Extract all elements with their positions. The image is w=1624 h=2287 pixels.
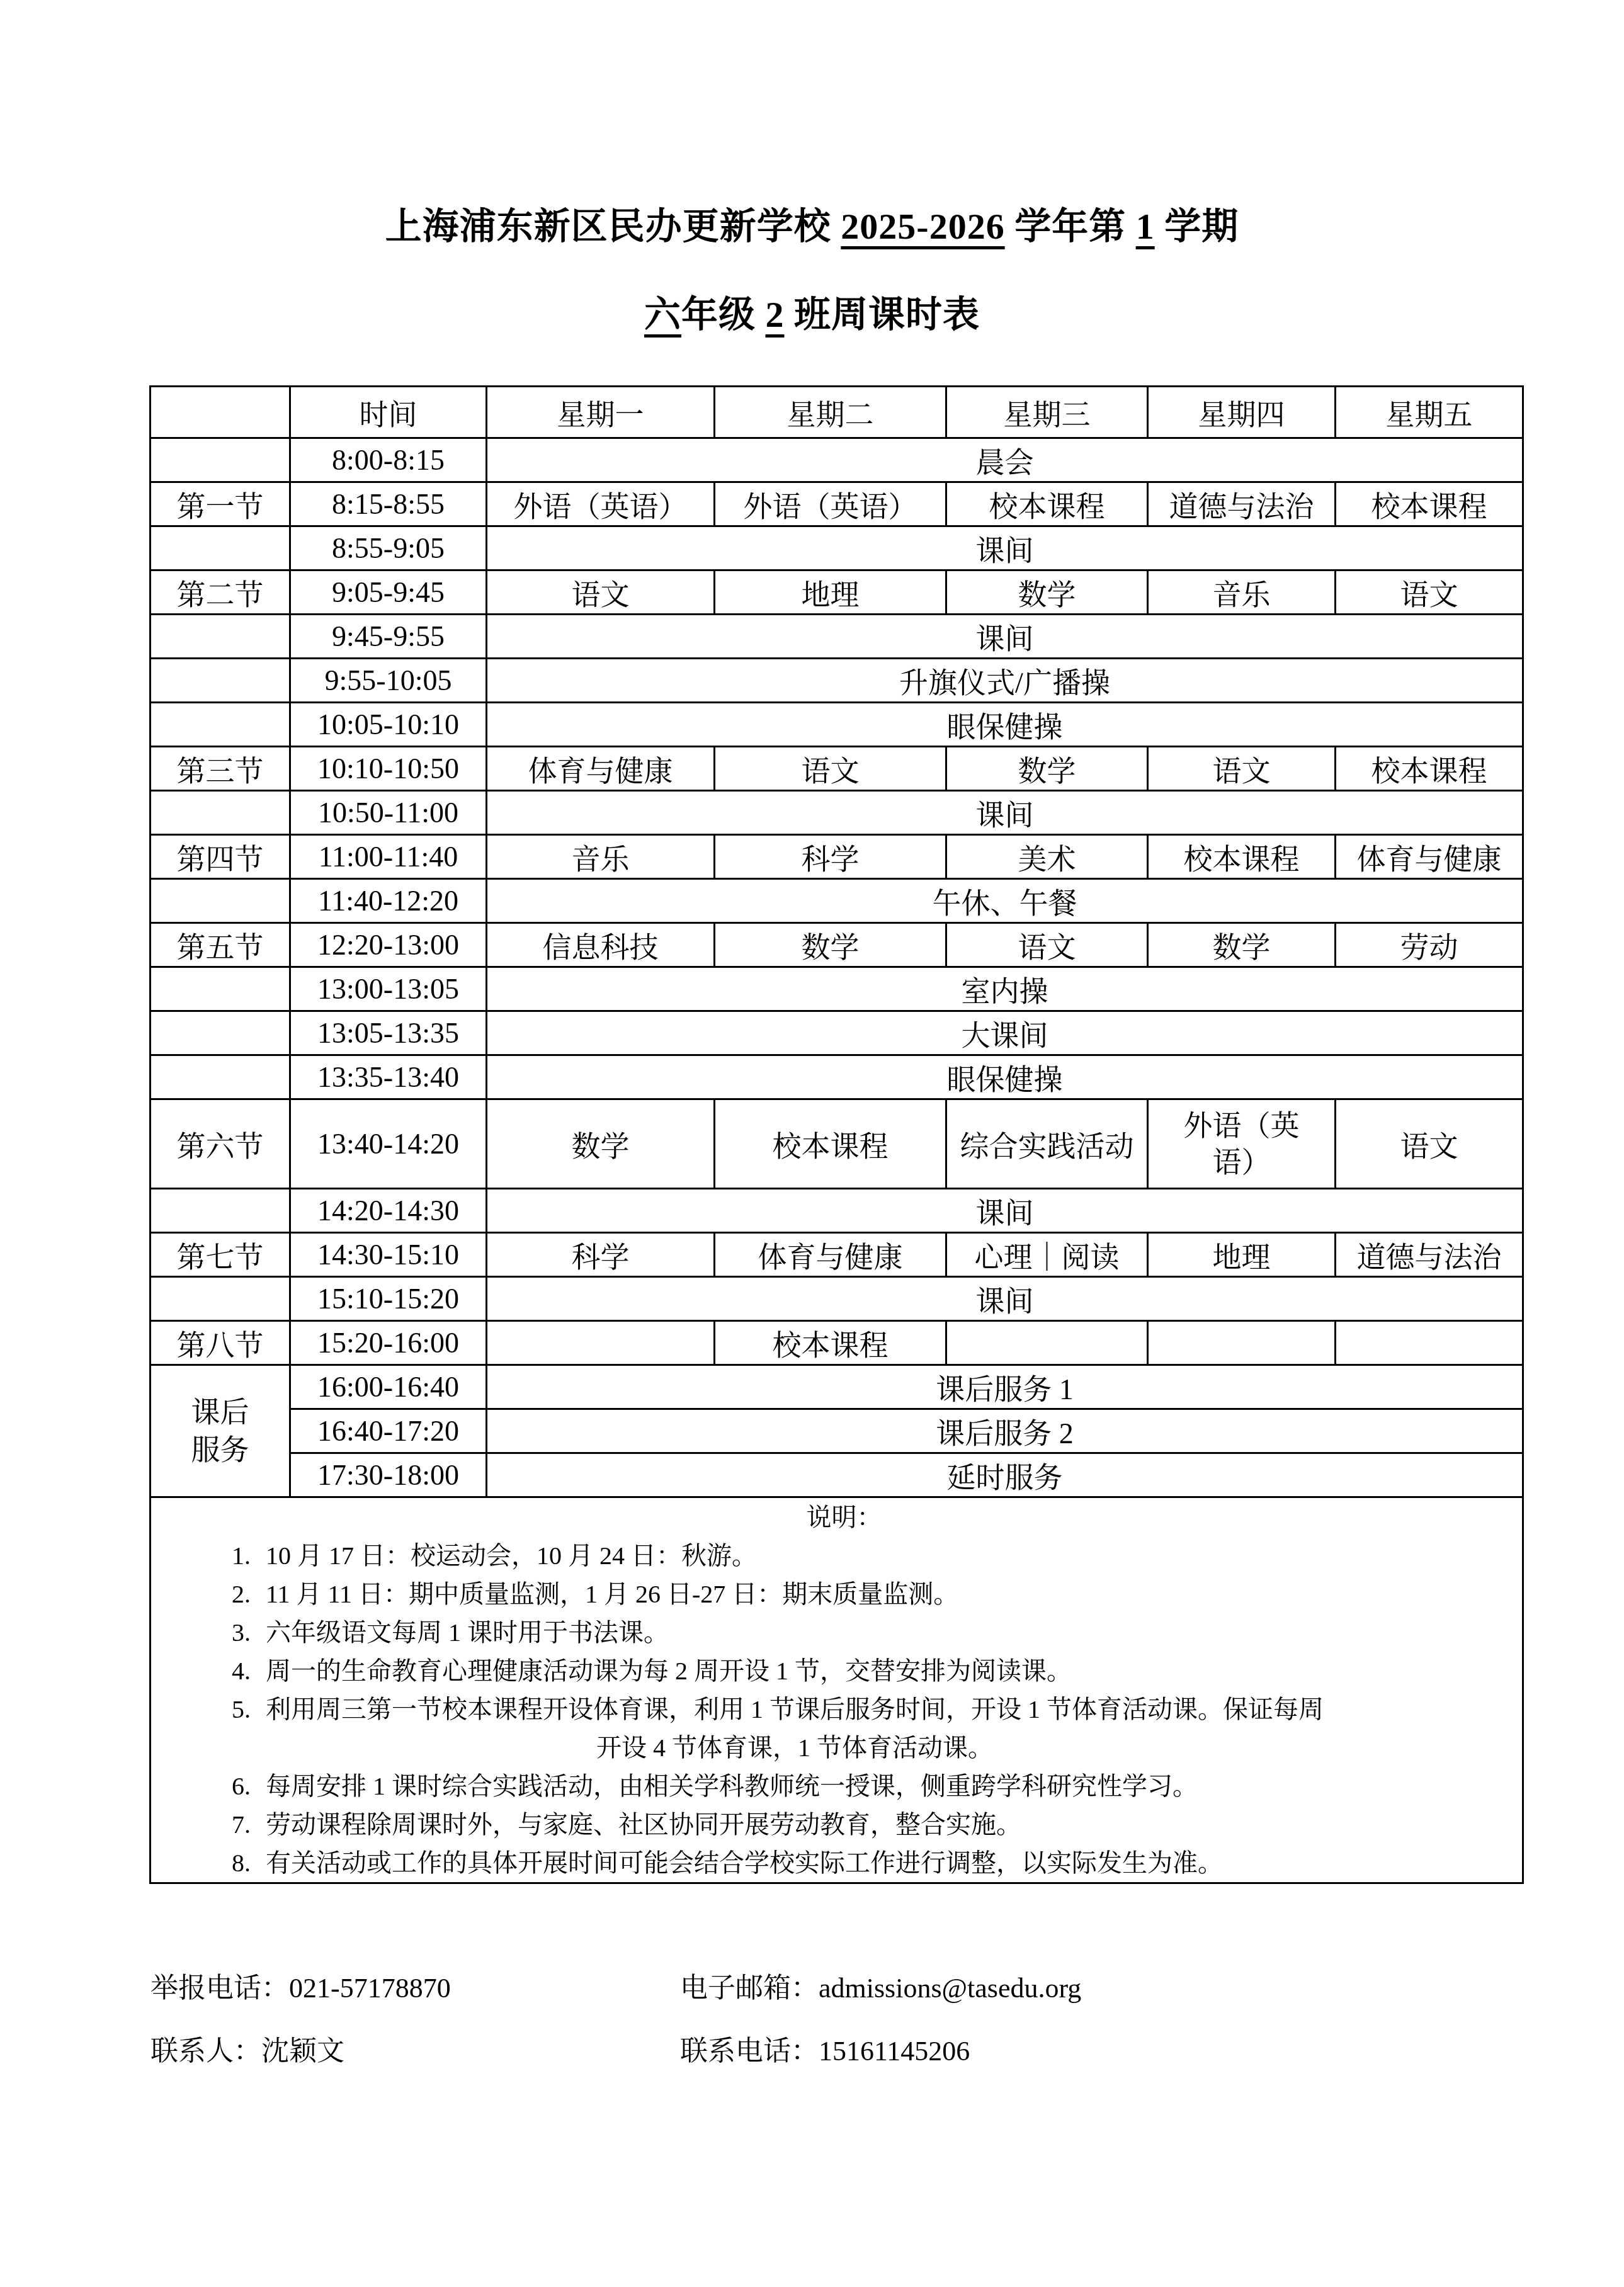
row-break: 8:55-9:05 课间 [150, 526, 1523, 570]
note-item: 4.周一的生命教育心理健康活动课为每 2 周开设 1 节，交替安排为阅读课。 [217, 1652, 1503, 1690]
class-cell: 语文 [715, 747, 946, 791]
note-number: 6. [217, 1767, 266, 1805]
class-cell: 数学 [715, 923, 946, 967]
merged-activity-cell: 午休、午餐 [487, 879, 1523, 923]
row-after-school-2: 16:40-17:20 课后服务 2 [150, 1409, 1523, 1453]
class-cell: 道德与法治 [1336, 1233, 1523, 1277]
class-cell: 语文 [1336, 1099, 1523, 1189]
class-cell: 道德与法治 [1148, 482, 1336, 526]
section-cell [150, 1189, 290, 1233]
row-period-7: 第七节 14:30-15:10 科学 体育与健康 心理｜阅读 地理 道德与法治 [150, 1233, 1523, 1277]
class-cell: 外语（英语） [487, 482, 715, 526]
title-text: 学年第 [1005, 206, 1136, 247]
section-cell [150, 438, 290, 482]
time-cell: 16:40-17:20 [290, 1409, 487, 1453]
subtitle-grade-underlined: 六 [644, 294, 681, 335]
time-cell: 15:20-16:00 [290, 1321, 487, 1365]
note-text: 11 月 11 日：期中质量监测，1 月 26 日-27 日：期末质量监测。 [266, 1575, 958, 1613]
section-cell [150, 791, 290, 835]
note-number: 2. [217, 1575, 266, 1613]
time-cell: 13:00-13:05 [290, 967, 487, 1011]
class-cell: 体育与健康 [1336, 835, 1523, 879]
footer-report-phone: 举报电话：021-57178870 [150, 1973, 451, 2004]
row-period-1: 第一节 8:15-8:55 外语（英语） 外语（英语） 校本课程 道德与法治 校… [150, 482, 1523, 526]
class-cell: 校本课程 [946, 482, 1148, 526]
merged-activity-cell: 课间 [487, 791, 1523, 835]
class-cell: 体育与健康 [487, 747, 715, 791]
class-cell: 数学 [487, 1099, 715, 1189]
row-morning-meeting: 8:00-8:15 晨会 [150, 438, 1523, 482]
footer-contact-name: 联系人：沈颖文 [150, 2036, 344, 2067]
merged-activity-cell: 室内操 [487, 967, 1523, 1011]
time-cell: 11:40-12:20 [290, 879, 487, 923]
class-cell: 科学 [487, 1233, 715, 1277]
class-cell: 数学 [1148, 923, 1336, 967]
footer-line-2: 联系人：沈颖文 联系电话：15161145206 [150, 2020, 1473, 2083]
title-text: 上海浦东新区民办更新学校 [385, 206, 841, 247]
footer: 举报电话：021-57178870 电子邮箱：admissions@tasedu… [150, 1957, 1473, 2083]
section-cell [150, 659, 290, 703]
subtitle-text: 年级 [681, 294, 766, 335]
time-cell: 10:50-11:00 [290, 791, 487, 835]
row-break: 15:10-15:20 课间 [150, 1277, 1523, 1321]
class-cell: 心理｜阅读 [946, 1233, 1148, 1277]
class-cell [487, 1321, 715, 1365]
subtitle-text: 班周课时表 [785, 294, 980, 335]
note-item: 8.有关活动或工作的具体开展时间可能会结合学校实际工作进行调整，以实际发生为准。 [217, 1844, 1503, 1882]
section-cell [150, 526, 290, 570]
row-eye-exercise: 13:35-13:40 眼保健操 [150, 1055, 1523, 1099]
row-break: 10:50-11:00 课间 [150, 791, 1523, 835]
merged-activity-cell: 晨会 [487, 438, 1523, 482]
time-cell: 13:40-14:20 [290, 1099, 487, 1189]
note-item: 7.劳动课程除周课时外，与家庭、社区协同开展劳动教育，整合实施。 [217, 1805, 1503, 1844]
section-cell [150, 1055, 290, 1099]
subtitle-class-underlined: 2 [766, 294, 785, 335]
section-cell [150, 1011, 290, 1055]
time-cell: 8:55-9:05 [290, 526, 487, 570]
section-cell: 第五节 [150, 923, 290, 967]
time-cell: 10:10-10:50 [290, 747, 487, 791]
note-text: 周一的生命教育心理健康活动课为每 2 周开设 1 节，交替安排为阅读课。 [266, 1652, 1072, 1690]
note-text: 利用周三第一节校本课程开设体育课，利用 1 节课后服务时间，开设 1 节体育活动… [266, 1690, 1324, 1767]
time-cell: 12:20-13:00 [290, 923, 487, 967]
class-cell: 综合实践活动 [946, 1099, 1148, 1189]
class-cell [946, 1321, 1148, 1365]
merged-activity-cell: 课间 [487, 1189, 1523, 1233]
time-cell: 10:05-10:10 [290, 703, 487, 747]
section-cell: 第三节 [150, 747, 290, 791]
note-text: 10 月 17 日：校运动会，10 月 24 日：秋游。 [266, 1536, 757, 1575]
time-cell: 9:45-9:55 [290, 615, 487, 659]
class-cell: 科学 [715, 835, 946, 879]
merged-activity-cell: 课间 [487, 1277, 1523, 1321]
class-cell: 数学 [946, 570, 1148, 615]
header-cell-time: 时间 [290, 387, 487, 438]
merged-activity-cell: 眼保健操 [487, 1055, 1523, 1099]
class-cell: 校本课程 [715, 1321, 946, 1365]
note-text: 每周安排 1 课时综合实践活动，由相关学科教师统一授课，侧重跨学科研究性学习。 [266, 1767, 1198, 1805]
time-cell: 13:35-13:40 [290, 1055, 487, 1099]
class-cell: 语文 [946, 923, 1148, 967]
class-cell: 信息科技 [487, 923, 715, 967]
section-cell: 第一节 [150, 482, 290, 526]
section-cell [150, 879, 290, 923]
row-period-5: 第五节 12:20-13:00 信息科技 数学 语文 数学 劳动 [150, 923, 1523, 967]
section-cell: 第八节 [150, 1321, 290, 1365]
title-text: 学期 [1155, 206, 1239, 247]
header-cell-tuesday: 星期二 [715, 387, 946, 438]
row-extended-service: 17:30-18:00 延时服务 [150, 1453, 1523, 1497]
row-period-4: 第四节 11:00-11:40 音乐 科学 美术 校本课程 体育与健康 [150, 835, 1523, 879]
section-cell [150, 615, 290, 659]
header-cell-friday: 星期五 [1336, 387, 1523, 438]
time-cell: 9:05-9:45 [290, 570, 487, 615]
row-period-2: 第二节 9:05-9:45 语文 地理 数学 音乐 语文 [150, 570, 1523, 615]
note-number: 4. [217, 1652, 266, 1690]
class-cell: 校本课程 [715, 1099, 946, 1189]
section-cell [150, 703, 290, 747]
row-period-6: 第六节 13:40-14:20 数学 校本课程 综合实践活动 外语（英 语） 语… [150, 1099, 1523, 1189]
note-number: 8. [217, 1844, 266, 1882]
notes-heading: 说明： [151, 1498, 1522, 1536]
merged-activity-cell: 课后服务 1 [487, 1365, 1523, 1409]
class-cell: 体育与健康 [715, 1233, 946, 1277]
time-cell: 16:00-16:40 [290, 1365, 487, 1409]
header-cell-wednesday: 星期三 [946, 387, 1148, 438]
class-cell: 地理 [715, 570, 946, 615]
row-flag-ceremony: 9:55-10:05 升旗仪式/广播操 [150, 659, 1523, 703]
row-period-3: 第三节 10:10-10:50 体育与健康 语文 数学 语文 校本课程 [150, 747, 1523, 791]
note-item: 6.每周安排 1 课时综合实践活动，由相关学科教师统一授课，侧重跨学科研究性学习… [217, 1767, 1503, 1805]
timetable: 时间 星期一 星期二 星期三 星期四 星期五 8:00-8:15 晨会 第一节 … [149, 385, 1524, 1884]
row-period-8: 第八节 15:20-16:00 校本课程 [150, 1321, 1523, 1365]
header-cell-thursday: 星期四 [1148, 387, 1336, 438]
footer-email: 电子邮箱：admissions@tasedu.org [680, 1957, 1081, 2020]
class-cell: 外语（英 语） [1148, 1099, 1336, 1189]
class-cell: 语文 [1336, 570, 1523, 615]
merged-activity-cell: 延时服务 [487, 1453, 1523, 1497]
class-cell: 美术 [946, 835, 1148, 879]
notes-row: 说明： 1.10 月 17 日：校运动会，10 月 24 日：秋游。 2.11 … [150, 1497, 1523, 1883]
page-subtitle: 六年级 2 班周课时表 [0, 285, 1624, 338]
note-number: 1. [217, 1536, 266, 1575]
notes-cell: 说明： 1.10 月 17 日：校运动会，10 月 24 日：秋游。 2.11 … [150, 1497, 1523, 1883]
note-text: 有关活动或工作的具体开展时间可能会结合学校实际工作进行调整，以实际发生为准。 [266, 1844, 1223, 1882]
note-text: 劳动课程除周课时外，与家庭、社区协同开展劳动教育，整合实施。 [266, 1805, 1021, 1844]
note-item: 3.六年级语文每周 1 课时用于书法课。 [217, 1613, 1503, 1652]
class-cell: 语文 [487, 570, 715, 615]
note-item: 1.10 月 17 日：校运动会，10 月 24 日：秋游。 [217, 1536, 1503, 1575]
merged-activity-cell: 升旗仪式/广播操 [487, 659, 1523, 703]
row-lunch: 11:40-12:20 午休、午餐 [150, 879, 1523, 923]
class-cell [1148, 1321, 1336, 1365]
merged-activity-cell: 大课间 [487, 1011, 1523, 1055]
footer-line-1: 举报电话：021-57178870 电子邮箱：admissions@tasedu… [150, 1957, 1473, 2020]
document-page: 上海浦东新区民办更新学校 2025-2026 学年第 1 学期 六年级 2 班周… [0, 0, 1624, 2287]
row-break: 9:45-9:55 课间 [150, 615, 1523, 659]
row-eye-exercise: 10:05-10:10 眼保健操 [150, 703, 1523, 747]
merged-activity-cell: 课间 [487, 615, 1523, 659]
after-school-label: 课后服务 [189, 1393, 252, 1469]
section-cell: 第七节 [150, 1233, 290, 1277]
class-cell: 劳动 [1336, 923, 1523, 967]
time-cell: 11:00-11:40 [290, 835, 487, 879]
class-cell: 数学 [946, 747, 1148, 791]
time-cell: 15:10-15:20 [290, 1277, 487, 1321]
note-number: 3. [217, 1613, 266, 1652]
section-cell [150, 1277, 290, 1321]
title-term-underlined: 1 [1136, 206, 1155, 247]
header-cell-empty [150, 387, 290, 438]
section-cell: 第四节 [150, 835, 290, 879]
time-cell: 8:15-8:55 [290, 482, 487, 526]
time-cell: 14:30-15:10 [290, 1233, 487, 1277]
time-cell: 8:00-8:15 [290, 438, 487, 482]
header-row: 时间 星期一 星期二 星期三 星期四 星期五 [150, 387, 1523, 438]
page-title: 上海浦东新区民办更新学校 2025-2026 学年第 1 学期 [0, 196, 1624, 249]
class-cell: 校本课程 [1336, 482, 1523, 526]
class-cell: 校本课程 [1148, 835, 1336, 879]
section-cell: 第二节 [150, 570, 290, 615]
class-cell: 地理 [1148, 1233, 1336, 1277]
header-cell-monday: 星期一 [487, 387, 715, 438]
time-cell: 13:05-13:35 [290, 1011, 487, 1055]
note-item: 5.利用周三第一节校本课程开设体育课，利用 1 节课后服务时间，开设 1 节体育… [217, 1690, 1503, 1767]
class-cell: 外语（英语） [715, 482, 946, 526]
class-cell: 语文 [1148, 747, 1336, 791]
note-number: 7. [217, 1805, 266, 1844]
class-cell: 音乐 [487, 835, 715, 879]
merged-activity-cell: 眼保健操 [487, 703, 1523, 747]
note-item: 2.11 月 11 日：期中质量监测，1 月 26 日-27 日：期末质量监测。 [217, 1575, 1503, 1613]
merged-activity-cell: 课后服务 2 [487, 1409, 1523, 1453]
footer-contact-phone: 联系电话：15161145206 [680, 2020, 970, 2083]
section-cell: 第六节 [150, 1099, 290, 1189]
title-year-underlined: 2025-2026 [841, 206, 1004, 247]
row-big-break: 13:05-13:35 大课间 [150, 1011, 1523, 1055]
class-cell: 音乐 [1148, 570, 1336, 615]
section-cell-after-school: 课后服务 [150, 1365, 290, 1497]
note-text: 六年级语文每周 1 课时用于书法课。 [266, 1613, 669, 1652]
time-cell: 9:55-10:05 [290, 659, 487, 703]
class-cell: 校本课程 [1336, 747, 1523, 791]
section-cell [150, 967, 290, 1011]
row-after-school-1: 课后服务 16:00-16:40 课后服务 1 [150, 1365, 1523, 1409]
time-cell: 14:20-14:30 [290, 1189, 487, 1233]
class-cell [1336, 1321, 1523, 1365]
time-cell: 17:30-18:00 [290, 1453, 487, 1497]
note-number: 5. [217, 1690, 266, 1767]
row-break: 14:20-14:30 课间 [150, 1189, 1523, 1233]
row-indoor-exercise: 13:00-13:05 室内操 [150, 967, 1523, 1011]
merged-activity-cell: 课间 [487, 526, 1523, 570]
